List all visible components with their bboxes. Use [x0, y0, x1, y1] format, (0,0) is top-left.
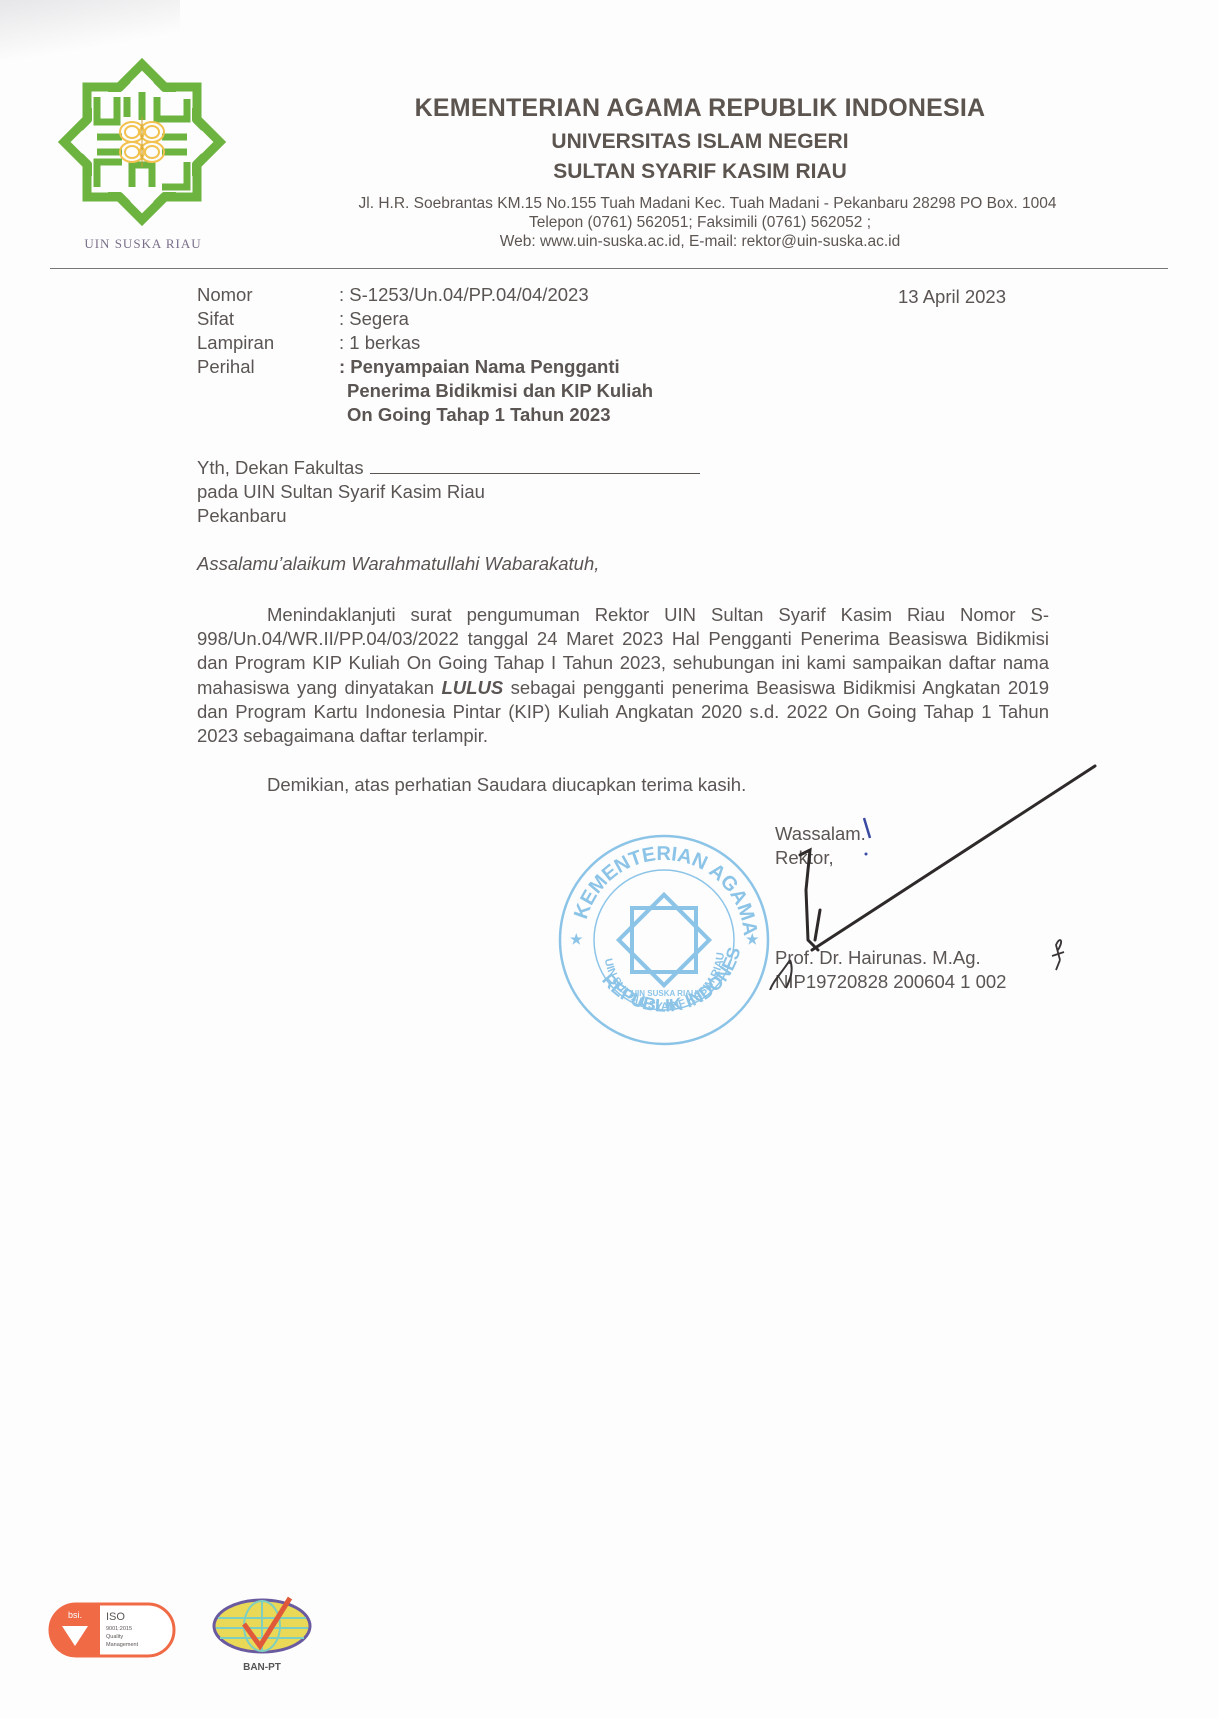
sifat-label: Sifat [197, 307, 339, 331]
lulus-emphasis: LULUS [442, 677, 504, 698]
recipient-line1: Yth, Dekan Fakultas [197, 457, 364, 478]
svg-text:Quality: Quality [106, 1634, 123, 1640]
svg-text:★: ★ [746, 931, 759, 947]
perihal-line1: : Penyampaian Nama Pengganti [339, 355, 620, 379]
web-email: Web: www.uin-suska.ac.id, E-mail: rektor… [250, 233, 1150, 251]
svg-text:ISO: ISO [106, 1611, 125, 1623]
recipient-line2: pada UIN Sultan Syarif Kasim Riau [197, 480, 700, 504]
svg-text:bsi.: bsi. [68, 1610, 82, 1620]
postal-address: Jl. H.R. Soebrantas KM.15 No.155 Tuah Ma… [280, 195, 1135, 213]
svg-text:9001:2015: 9001:2015 [106, 1626, 132, 1632]
recipient-line3: Pekanbaru [197, 504, 700, 528]
body-paragraph: Menindaklanjuti surat pengumuman Rektor … [197, 603, 1049, 748]
perihal-line2: Penerima Bidikmisi dan KIP Kuliah [339, 379, 653, 403]
perihal-label: Perihal [197, 355, 339, 379]
lampiran-value: : 1 berkas [339, 331, 420, 355]
svg-text:BAN-PT: BAN-PT [243, 1662, 281, 1673]
university-name-line1: UNIVERSITAS ISLAM NEGERI [250, 130, 1150, 154]
sifat-value: : Segera [339, 307, 409, 331]
letterhead-divider [50, 268, 1168, 269]
uin-suska-logo [52, 52, 232, 232]
letter-meta: Nomor: S-1253/Un.04/PP.04/04/2023 Sifat:… [197, 283, 653, 427]
nomor-label: Nomor [197, 283, 339, 307]
faculty-blank-line [370, 455, 700, 474]
university-name-line2: SULTAN SYARIF KASIM RIAU [250, 160, 1150, 184]
perihal-line3: On Going Tahap 1 Tahun 2023 [339, 403, 611, 427]
svg-text:UIN SUSKA RIAU: UIN SUSKA RIAU [631, 989, 697, 998]
ministry-title: KEMENTERIAN AGAMA REPUBLIK INDONESIA [250, 94, 1150, 123]
phone-fax: Telepon (0761) 562051; Faksimili (0761) … [250, 214, 1150, 232]
svg-text:Management: Management [106, 1642, 139, 1648]
scan-shadow [0, 0, 180, 60]
letter-date: 13 April 2023 [898, 286, 1006, 308]
recipient-block: Yth, Dekan Fakultas pada UIN Sultan Syar… [197, 455, 700, 528]
greeting: Assalamu’alaikum Warahmatullahi Wabaraka… [197, 553, 599, 575]
iso-certification-badge: bsi. ISO 9001:2015 Quality Management [48, 1602, 176, 1658]
handwritten-signature [760, 760, 1100, 990]
logo-caption: UIN SUSKA RIAU [48, 236, 238, 252]
lampiran-label: Lampiran [197, 331, 339, 355]
nomor-value: : S-1253/Un.04/PP.04/04/2023 [339, 283, 589, 307]
closing-line: Demikian, atas perhatian Saudara diucapk… [267, 774, 746, 796]
ban-pt-accreditation-logo: BAN-PT [210, 1594, 314, 1674]
svg-text:★: ★ [570, 931, 583, 947]
official-stamp: KEMENTERIAN AGAMA REPUBLIK INDONESIA UIN… [554, 830, 774, 1050]
